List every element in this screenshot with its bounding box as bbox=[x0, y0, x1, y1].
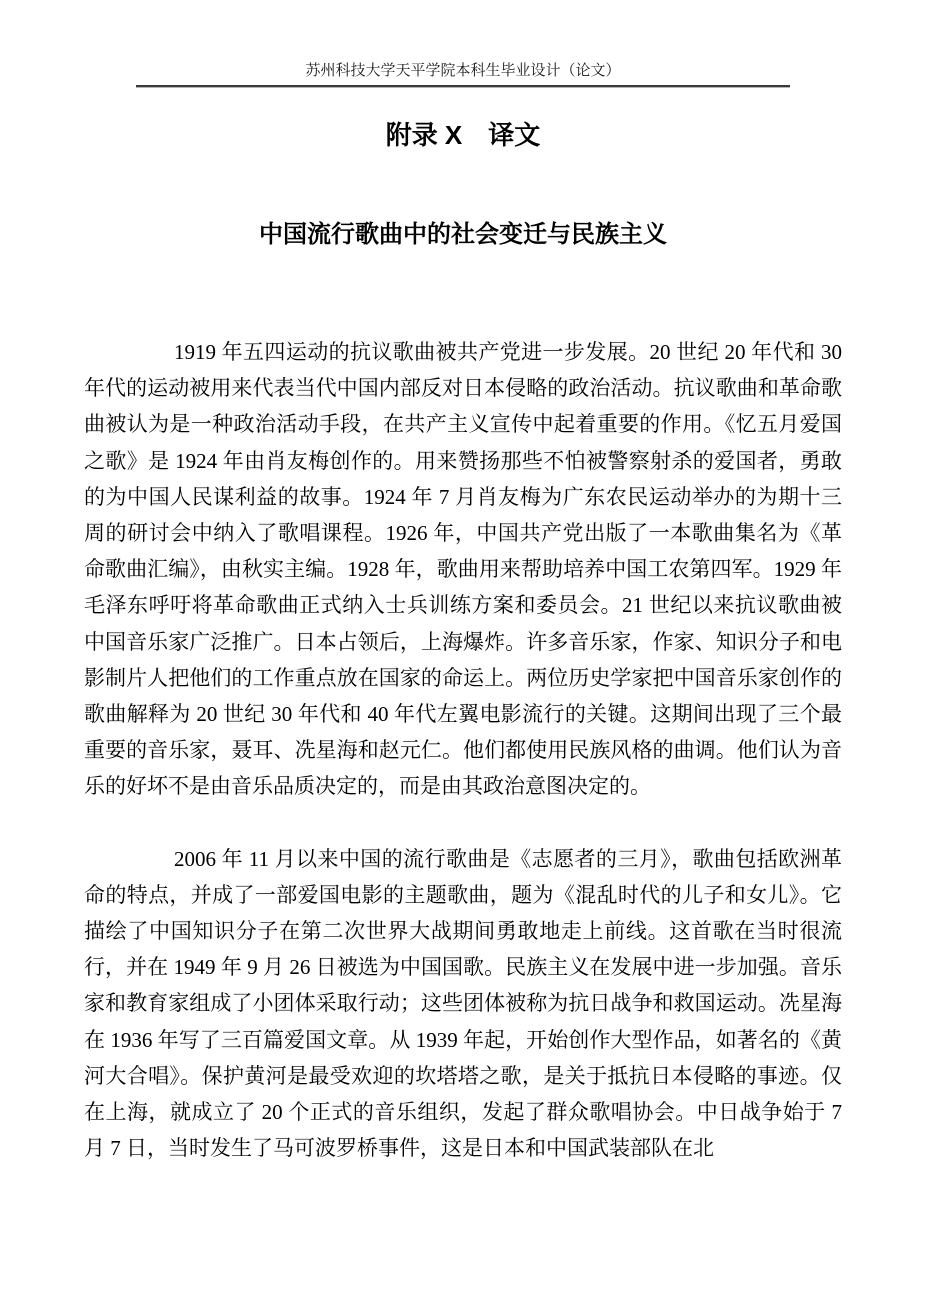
appendix-title: 附录 X 译文 bbox=[0, 118, 926, 152]
body-paragraph-1: 1919 年五四运动的抗议歌曲被共产党进一步发展。20 世纪 20 年代和 30… bbox=[84, 334, 842, 805]
body-paragraph-2: 2006 年 11 月以来中国的流行歌曲是《志愿者的三月》，歌曲包括欧洲革命的特… bbox=[84, 841, 842, 1167]
document-page: 苏州科技大学天平学院本科生毕业设计（论文） 附录 X 译文 中国流行歌曲中的社会… bbox=[0, 0, 926, 1309]
running-head: 苏州科技大学天平学院本科生毕业设计（论文） bbox=[0, 61, 926, 81]
document-title: 中国流行歌曲中的社会变迁与民族主义 bbox=[0, 219, 926, 251]
body-text: 1919 年五四运动的抗议歌曲被共产党进一步发展。20 世纪 20 年代和 30… bbox=[84, 334, 842, 1166]
header-rule bbox=[136, 85, 790, 88]
